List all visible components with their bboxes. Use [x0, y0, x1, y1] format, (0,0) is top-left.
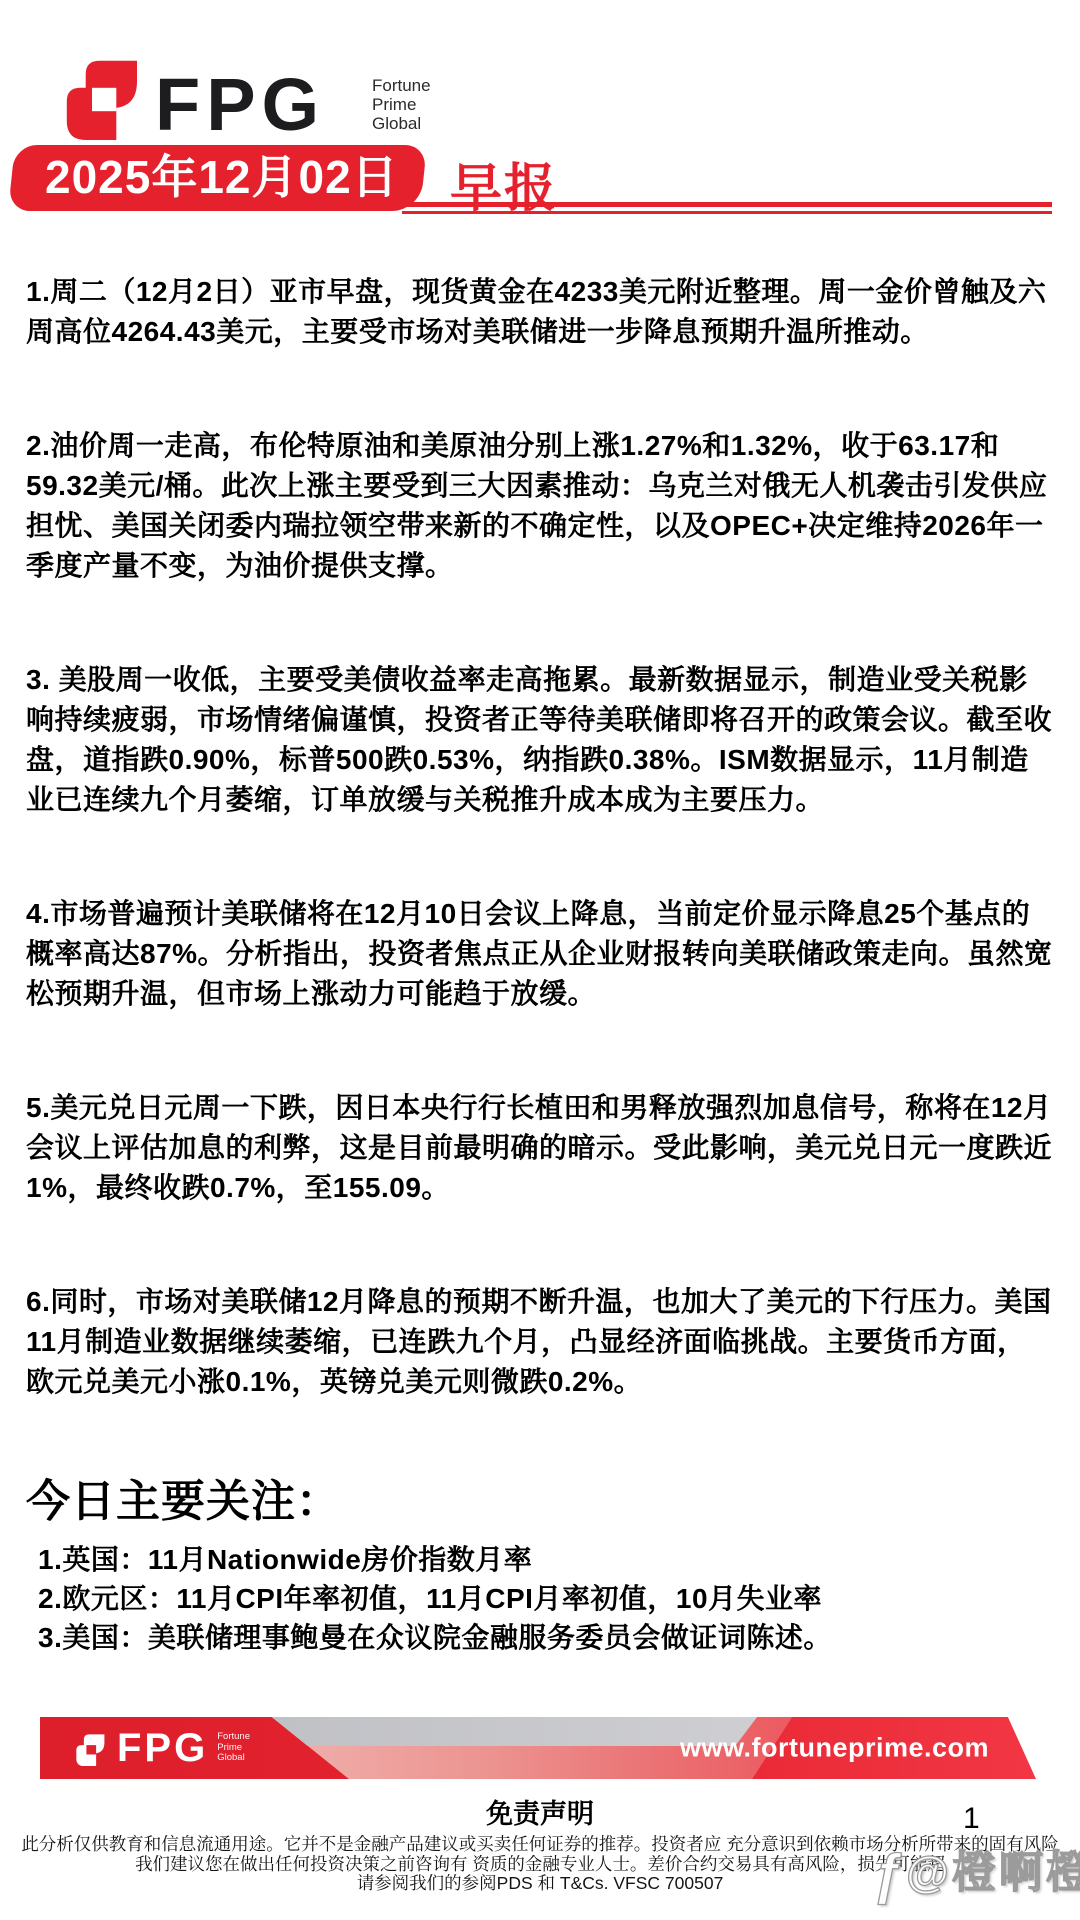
focus-item-eurozone: 2.欧元区：11月CPI年率初值，11月CPI月率初值，10月失业率	[38, 1579, 1054, 1618]
footer-fpg-tagline: Fortune Prime Global	[217, 1732, 250, 1764]
fpg-tagline-line: Fortune	[372, 76, 431, 95]
footer-fpg-logo: FPG Fortune Prime Global	[72, 1728, 250, 1768]
fpg-tagline-line: Prime	[372, 95, 431, 114]
page-number: 1	[963, 1802, 980, 1836]
header-rule-thin	[402, 211, 1052, 214]
website-link[interactable]: www.fortuneprime.com	[680, 1733, 989, 1764]
footer-banner: FPG Fortune Prime Global www.fortuneprim…	[40, 1717, 1043, 1779]
disclaimer-title: 免责声明	[0, 1792, 1080, 1831]
news-paragraph-6: 6.同时，市场对美联储12月降息的预期不断升温，也加大了美元的下行压力。美国11…	[26, 1282, 1054, 1402]
fpg-tagline-line: Global	[372, 114, 431, 133]
report-date: 2025年12月02日	[15, 145, 427, 211]
fpg-tagline: Fortune Prime Global	[372, 76, 431, 133]
fpg-wordmark: FPG	[155, 62, 325, 147]
news-paragraph-1: 1.周二（12月2日）亚市早盘，现货黄金在4233美元附近整理。周一金价曾触及六…	[26, 272, 1054, 352]
news-paragraph-4: 4.市场普遍预计美联储将在12月10日会议上降息，当前定价显示降息25个基点的概…	[26, 894, 1054, 1014]
news-paragraph-3: 3. 美股周一收低，主要受美债收益率走高拖累。最新数据显示，制造业受关税影响持续…	[26, 660, 1054, 820]
news-paragraph-5: 5.美元兑日元周一下跌，因日本央行行长植田和男释放强烈加息信号，称将在12月会议…	[26, 1088, 1054, 1208]
focus-item-uk: 1.英国：11月Nationwide房价指数月率	[38, 1540, 1054, 1579]
watermark-handle: @橙啊橙	[906, 1848, 1080, 1897]
fpg-logo-icon	[56, 50, 146, 140]
watermark-logo-glyph: ƒ	[872, 1842, 906, 1905]
today-focus-heading: 今日主要关注：	[26, 1476, 1054, 1528]
morning-report-page: FPG Fortune Prime Global 2025年12月02日 早报 …	[0, 0, 1080, 1920]
report-body: 1.周二（12月2日）亚市早盘，现货黄金在4233美元附近整理。周一金价曾触及六…	[26, 272, 1054, 1657]
news-paragraph-2: 2.油价周一走高，布伦特原油和美原油分别上涨1.27%和1.32%，收于63.1…	[26, 426, 1054, 586]
fpg-logo-notch	[92, 88, 116, 111]
creator-watermark: ƒ@橙啊橙	[872, 1836, 1080, 1906]
footer-fpg-tagline-line: Global	[217, 1753, 250, 1764]
fpg-logo-icon-white	[72, 1730, 108, 1766]
today-focus-list: 1.英国：11月Nationwide房价指数月率 2.欧元区：11月CPI年率初…	[26, 1540, 1054, 1657]
footer-fpg-wordmark: FPG	[117, 1728, 208, 1768]
focus-item-us: 3.美国：美联储理事鲍曼在众议院金融服务委员会做证词陈述。	[38, 1618, 1054, 1657]
edition-label: 早报	[450, 146, 558, 221]
date-banner: 2025年12月02日	[15, 145, 427, 211]
header-rule-thick	[402, 202, 1052, 207]
